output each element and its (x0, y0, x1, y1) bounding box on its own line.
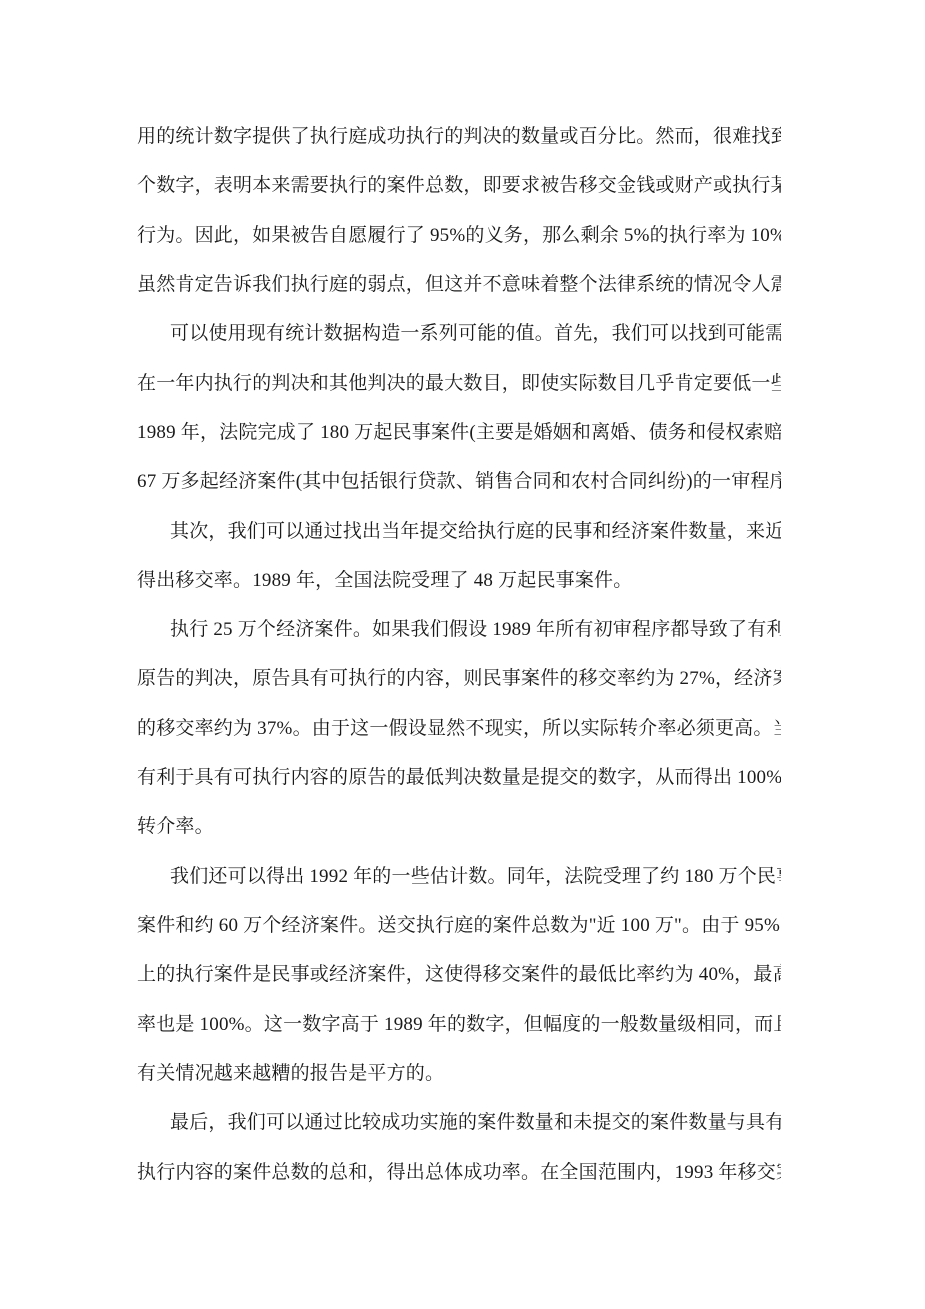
text-line: 最后，我们可以通过比较成功实施的案件数量和未提交的案件数量与具有可 (137, 1098, 781, 1147)
text-line: 的移交率约为 37%。由于这一假设显然不现实，所以实际转介率必须更高。当然， (137, 704, 781, 753)
text-line: 用的统计数字提供了执行庭成功执行的判决的数量或百分比。然而，很难找到一 (137, 112, 781, 161)
text-line: 有关情况越来越糟的报告是平方的。 (137, 1049, 781, 1098)
text-line: 上的执行案件是民事或经济案件，这使得移交案件的最低比率约为 40%，最高比 (137, 950, 781, 999)
paragraph: 我们还可以得出 1992 年的一些估计数。同年，法院受理了约 180 万个民事 … (137, 852, 781, 1099)
paragraph: 其次，我们可以通过找出当年提交给执行庭的民事和经济案件数量，来近似 得出移交率。… (137, 507, 781, 606)
document-page: 用的统计数字提供了执行庭成功执行的判决的数量或百分比。然而，很难找到一 个数字，… (0, 0, 925, 1309)
paragraph: 可以使用现有统计数据构造一系列可能的值。首先，我们可以找到可能需要 在一年内执行… (137, 309, 781, 506)
text-line: 率也是 100%。这一数字高于 1989 年的数字，但幅度的一般数量级相同，而且… (137, 1000, 781, 1049)
text-line: 其次，我们可以通过找出当年提交给执行庭的民事和经济案件数量，来近似 (137, 507, 781, 556)
text-line: 原告的判决，原告具有可执行的内容，则民事案件的移交率约为 27%，经济案件 (137, 654, 781, 703)
text-line: 执行 25 万个经济案件。如果我们假设 1989 年所有初审程序都导致了有利于 (137, 605, 781, 654)
text-line: 有利于具有可执行内容的原告的最低判决数量是提交的数字，从而得出 100%的 (137, 753, 781, 802)
text-line: 案件和约 60 万个经济案件。送交执行庭的案件总数为"近 100 万"。由于 9… (137, 901, 781, 950)
text-line: 1989 年，法院完成了 180 万起民事案件(主要是婚姻和离婚、债务和侵权索赔… (137, 408, 781, 457)
text-block: 用的统计数字提供了执行庭成功执行的判决的数量或百分比。然而，很难找到一 个数字，… (137, 112, 781, 1197)
text-line: 我们还可以得出 1992 年的一些估计数。同年，法院受理了约 180 万个民事 (137, 852, 781, 901)
text-line: 行为。因此，如果被告自愿履行了 95%的义务，那么剩余 5%的执行率为 10%， (137, 211, 781, 260)
text-line: 可以使用现有统计数据构造一系列可能的值。首先，我们可以找到可能需要 (137, 309, 781, 358)
text-line: 虽然肯定告诉我们执行庭的弱点，但这并不意味着整个法律系统的情况令人震惊。 (137, 260, 781, 309)
text-line: 得出移交率。1989 年，全国法院受理了 48 万起民事案件。 (137, 556, 781, 605)
text-line: 执行内容的案件总数的总和，得出总体成功率。在全国范围内，1993 年移交案件 (137, 1148, 781, 1197)
text-line: 转介率。 (137, 802, 781, 851)
text-line: 在一年内执行的判决和其他判决的最大数目，即使实际数目几乎肯定要低一些。 (137, 359, 781, 408)
paragraph: 用的统计数字提供了执行庭成功执行的判决的数量或百分比。然而，很难找到一 个数字，… (137, 112, 781, 309)
text-line: 个数字，表明本来需要执行的案件总数，即要求被告移交金钱或财产或执行某些 (137, 161, 781, 210)
paragraph: 执行 25 万个经济案件。如果我们假设 1989 年所有初审程序都导致了有利于 … (137, 605, 781, 852)
paragraph: 最后，我们可以通过比较成功实施的案件数量和未提交的案件数量与具有可 执行内容的案… (137, 1098, 781, 1197)
text-line: 67 万多起经济案件(其中包括银行贷款、销售合同和农村合同纠纷)的一审程序。 (137, 457, 781, 506)
